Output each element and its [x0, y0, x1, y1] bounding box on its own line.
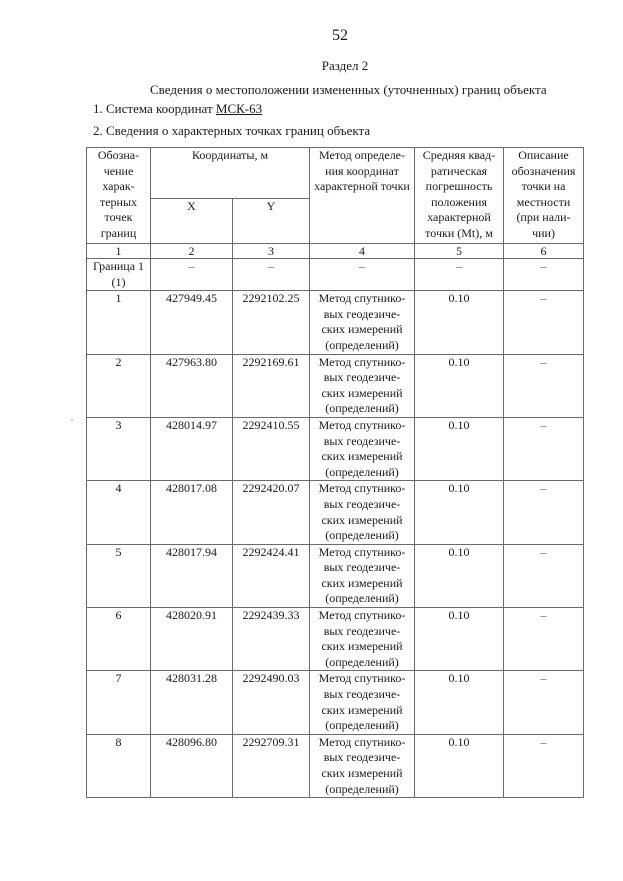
coord-y: 2292424.41 — [233, 544, 310, 607]
header-coordinates: Координаты, м — [151, 148, 310, 199]
column-number: 2 — [151, 244, 233, 259]
table-row: 6428020.912292439.33Метод спутнико-вых г… — [87, 608, 584, 671]
method: Метод спутнико-вых геодезиче-ских измере… — [310, 608, 415, 671]
table-row: 4428017.082292420.07Метод спутнико-вых г… — [87, 481, 584, 544]
point-number: 1 — [87, 291, 151, 354]
description: – — [504, 734, 584, 797]
header-description: Описание обозначения точки на местности … — [504, 148, 584, 244]
mean-square-error: 0.10 — [415, 354, 504, 417]
border-x: – — [151, 259, 233, 291]
method: Метод спутнико-вых геодезиче-ских измере… — [310, 734, 415, 797]
border-method: – — [310, 259, 415, 291]
coord-x: 428014.97 — [151, 417, 233, 480]
table-row: 2427963.802292169.61Метод спутнико-вых г… — [87, 354, 584, 417]
description: – — [504, 544, 584, 607]
method: Метод спутнико-вых геодезиче-ских измере… — [310, 544, 415, 607]
point-number: 5 — [87, 544, 151, 607]
header-text: Метод определе-ния координат характерной… — [314, 148, 410, 193]
header-point-designation: Обозна-чение харак-терных точек границ — [87, 148, 151, 244]
border-y: – — [233, 259, 310, 291]
scan-speck — [71, 419, 73, 421]
mean-square-error: 0.10 — [415, 608, 504, 671]
method: Метод спутнико-вых геодезиче-ских измере… — [310, 354, 415, 417]
coord-y: 2292439.33 — [233, 608, 310, 671]
method: Метод спутнико-вых геодезиче-ских измере… — [310, 291, 415, 354]
mean-square-error: 0.10 — [415, 671, 504, 734]
point-number: 2 — [87, 354, 151, 417]
coord-x: 428031.28 — [151, 671, 233, 734]
mean-square-error: 0.10 — [415, 291, 504, 354]
coord-y: 2292709.31 — [233, 734, 310, 797]
coord-x: 427963.80 — [151, 354, 233, 417]
mean-square-error: 0.10 — [415, 544, 504, 607]
column-number: 4 — [310, 244, 415, 259]
point-number: 4 — [87, 481, 151, 544]
method: Метод спутнико-вых геодезиче-ских измере… — [310, 481, 415, 544]
point-number: 3 — [87, 417, 151, 480]
border-name: Граница 1 (1) — [87, 259, 151, 291]
header-y: Y — [233, 199, 310, 244]
table-row: 7428031.282292490.03Метод спутнико-вых г… — [87, 671, 584, 734]
coord-y: 2292169.61 — [233, 354, 310, 417]
points-heading: 2. Сведения о характерных точках границ … — [93, 123, 370, 139]
header-x: X — [151, 199, 233, 244]
border-mt: – — [415, 259, 504, 291]
column-number-row: 1 2 3 4 5 6 — [87, 244, 584, 259]
table-row: 5428017.942292424.41Метод спутнико-вых г… — [87, 544, 584, 607]
coord-y: 2292490.03 — [233, 671, 310, 734]
coord-y: 2292410.55 — [233, 417, 310, 480]
coord-x: 428020.91 — [151, 608, 233, 671]
method: Метод спутнико-вых геодезиче-ских измере… — [310, 671, 415, 734]
header-text: Средняя квад-ратическая погрешность поло… — [423, 148, 496, 240]
column-number: 3 — [233, 244, 310, 259]
mean-square-error: 0.10 — [415, 481, 504, 544]
header-text: Описание обозначения точки на местности … — [512, 148, 576, 240]
mean-square-error: 0.10 — [415, 417, 504, 480]
border-desc: – — [504, 259, 584, 291]
coord-x: 428017.08 — [151, 481, 233, 544]
table-row: 3428014.972292410.55Метод спутнико-вых г… — [87, 417, 584, 480]
border-row: Граница 1 (1) – – – – – — [87, 259, 584, 291]
header-mean-square-error: Средняя квад-ратическая погрешность поло… — [415, 148, 504, 244]
coord-x: 428096.80 — [151, 734, 233, 797]
coordinate-system-label: 1. Система координат — [93, 101, 216, 116]
mean-square-error: 0.10 — [415, 734, 504, 797]
point-number: 8 — [87, 734, 151, 797]
header-method: Метод определе-ния координат характерной… — [310, 148, 415, 244]
coord-x: 427949.45 — [151, 291, 233, 354]
coord-y: 2292102.25 — [233, 291, 310, 354]
point-number: 6 — [87, 608, 151, 671]
description: – — [504, 671, 584, 734]
description: – — [504, 417, 584, 480]
column-number: 5 — [415, 244, 504, 259]
table-row: 8428096.802292709.31Метод спутнико-вых г… — [87, 734, 584, 797]
coordinate-system-value: МСК-63 — [216, 101, 262, 116]
boundary-points-table: Обозна-чение харак-терных точек границ К… — [86, 147, 584, 798]
page-number: 52 — [0, 27, 623, 45]
section-title: Раздел 2 — [0, 58, 623, 74]
header-text: Координаты, м — [192, 148, 268, 162]
coord-x: 428017.94 — [151, 544, 233, 607]
document-title: Сведения о местоположении измененных (ут… — [150, 82, 540, 98]
column-number: 6 — [504, 244, 584, 259]
point-number: 7 — [87, 671, 151, 734]
coordinate-system-line: 1. Система координат МСК-63 — [93, 101, 262, 117]
description: – — [504, 291, 584, 354]
description: – — [504, 354, 584, 417]
header-text: Обозна-чение харак-терных точек границ — [98, 148, 139, 240]
description: – — [504, 608, 584, 671]
table-row: 1427949.452292102.25Метод спутнико-вых г… — [87, 291, 584, 354]
description: – — [504, 481, 584, 544]
coord-y: 2292420.07 — [233, 481, 310, 544]
column-number: 1 — [87, 244, 151, 259]
method: Метод спутнико-вых геодезиче-ских измере… — [310, 417, 415, 480]
